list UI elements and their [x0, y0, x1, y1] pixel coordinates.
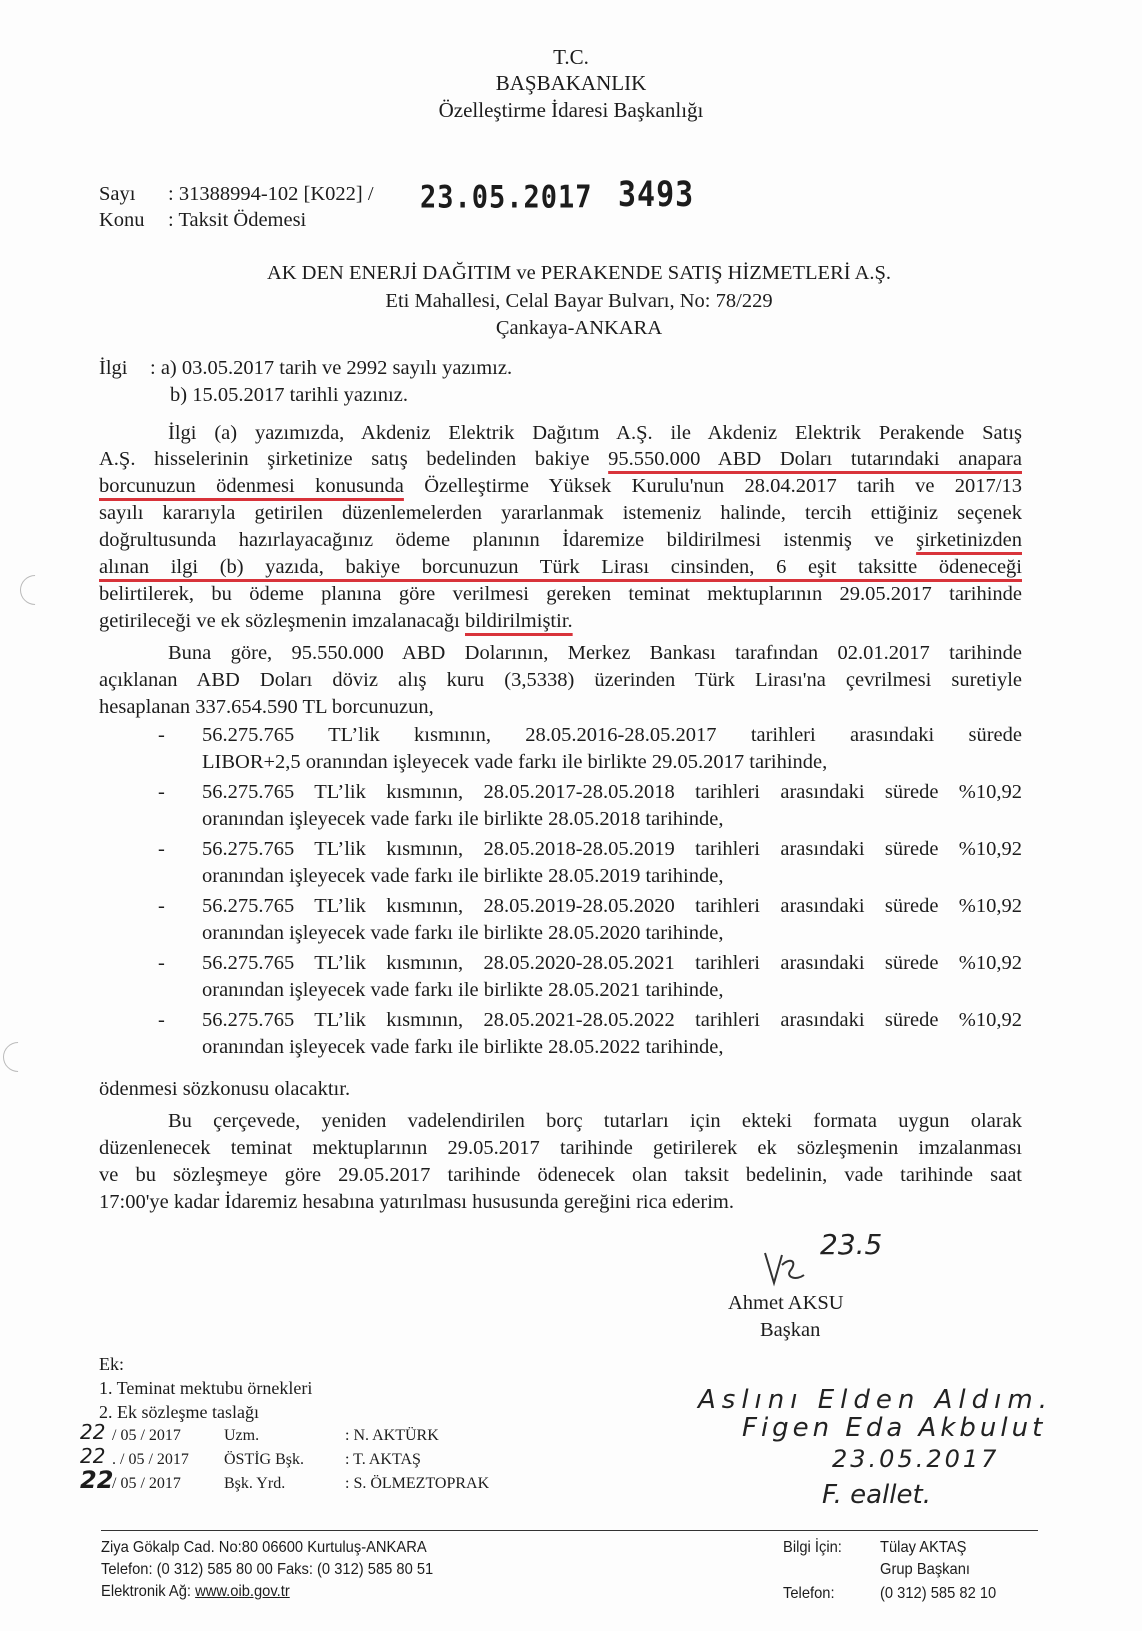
approval-name: : T. AKTAŞ: [345, 1449, 421, 1471]
recipient-name: AK DEN ENERJİ DAĞITIM ve PERAKENDE SATIŞ…: [8, 260, 1142, 287]
approval-day-handwritten: 22: [80, 1469, 113, 1491]
p1-line: A.Ş. hisselerinin şirketinize satış bede…: [99, 446, 1022, 473]
header-agency: Özelleştirme İdaresi Başkanlığı: [0, 97, 1142, 124]
p2-line: açıklanan ABD Doları döviz alış kuru (3,…: [99, 667, 1022, 694]
signature-date: 23.5: [820, 1228, 882, 1261]
date-stamp: 23.05.2017: [420, 180, 593, 216]
website-link[interactable]: www.oib.gov.tr: [195, 1583, 290, 1600]
footer-divider: [101, 1530, 1038, 1531]
approval-role: Uzm.: [224, 1425, 259, 1447]
header-tc: T.C.: [0, 44, 1142, 71]
installment-line: 56.275.765 TL’lik kısmının, 28.05.2019-2…: [202, 893, 1022, 920]
bullet-dash: -: [158, 950, 165, 977]
attachment-item: 1. Teminat mektubu örnekleri: [99, 1376, 312, 1400]
handwritten-note-line: F. eallet.: [822, 1480, 931, 1510]
punch-hole-mark: [14, 569, 56, 611]
p4-line: Bu çerçevede, yeniden vadelendirilen bor…: [168, 1108, 1022, 1135]
info-title: Grup Başkanı: [880, 1559, 970, 1581]
sayi-value: : 31388994-102 [K022] /: [168, 181, 374, 208]
sayi-label: Sayı: [99, 181, 135, 208]
info-phone: (0 312) 585 82 10: [880, 1583, 996, 1605]
footer-phone-fax: Telefon: (0 312) 585 80 00 Faks: (0 312)…: [101, 1559, 433, 1581]
p1-line: borcunuzun ödenmesi konusunda Özelleştir…: [99, 473, 1022, 500]
ilgi-a: : a) 03.05.2017 tarih ve 2992 sayılı yaz…: [150, 355, 512, 382]
attachments: Ek: 1. Teminat mektubu örnekleri 2. Ek s…: [99, 1352, 312, 1424]
info-name: Tülay AKTAŞ: [880, 1537, 966, 1559]
approval-name: : N. AKTÜRK: [345, 1425, 439, 1447]
handwritten-note-line: Figen Eda Akbulut: [742, 1413, 1046, 1443]
bullet-dash: -: [158, 1007, 165, 1034]
punch-hole-mark: [0, 1036, 39, 1078]
attachment-item: 2. Ek sözleşme taslağı: [99, 1400, 312, 1424]
approval-role: ÖSTİG Bşk.: [224, 1449, 304, 1471]
attachments-label: Ek:: [99, 1352, 312, 1376]
approval-role: Bşk. Yrd.: [224, 1473, 285, 1495]
signatory-name: Ahmet AKSU: [728, 1290, 844, 1317]
konu-label: Konu: [99, 207, 145, 234]
info-phone-label: Telefon:: [783, 1583, 835, 1605]
footer-address-block: Ziya Gökalp Cad. No:80 06600 Kurtuluş-AN…: [101, 1537, 433, 1603]
bullet-dash: -: [158, 779, 165, 806]
handwritten-note-line: 23.05.2017: [832, 1445, 999, 1473]
p1-line: alınan ilgi (b) yazıda, bakiye borcunuzu…: [99, 554, 1022, 581]
installment-line: oranından işleyecek vade farkı ile birli…: [202, 1034, 723, 1061]
number-stamp: 3493: [618, 175, 694, 215]
approval-day-handwritten: 22: [80, 1421, 105, 1443]
bullet-dash: -: [158, 722, 165, 749]
footer-address: Ziya Gökalp Cad. No:80 06600 Kurtuluş-AN…: [101, 1537, 433, 1559]
p3: ödenmesi sözkonusu olacaktır.: [99, 1076, 350, 1103]
installment-line: 56.275.765 TL’lik kısmının, 28.05.2017-2…: [202, 779, 1022, 806]
recipient-address: Eti Mahallesi, Celal Bayar Bulvarı, No: …: [8, 288, 1142, 315]
p1-line: belirtilerek, bu ödeme planına göre veri…: [99, 581, 1022, 608]
signatory-title: Başkan: [760, 1317, 820, 1344]
approval-date: / 05 / 2017: [112, 1473, 181, 1495]
p2-line: Buna göre, 95.550.000 ABD Dolarının, Mer…: [168, 640, 1022, 667]
installment-line: oranından işleyecek vade farkı ile birli…: [202, 806, 723, 833]
installment-line: 56.275.765 TL’lik kısmının, 28.05.2018-2…: [202, 836, 1022, 863]
p4-line: düzenlenecek teminat mektuplarının 29.05…: [99, 1135, 1022, 1162]
p4-line: 17:00'ye kadar İdaremiz hesabına yatırıl…: [99, 1189, 734, 1216]
p2-line: hesaplanan 337.654.590 TL borcunuzun,: [99, 694, 434, 721]
konu-value: : Taksit Ödemesi: [168, 207, 306, 234]
installment-line: 56.275.765 TL’lik kısmının, 28.05.2021-2…: [202, 1007, 1022, 1034]
approval-date: / 05 / 2017: [112, 1425, 181, 1447]
installment-line: 56.275.765 TL’lik kısmının, 28.05.2016-2…: [202, 722, 1022, 749]
ilgi-label: İlgi: [99, 355, 127, 382]
bullet-dash: -: [158, 893, 165, 920]
bullet-dash: -: [158, 836, 165, 863]
approval-name: : S. ÖLMEZTOPRAK: [345, 1473, 489, 1495]
recipient-city: Çankaya-ANKARA: [8, 315, 1142, 342]
info-label: Bilgi İçin:: [783, 1537, 842, 1559]
p1-line: getirileceği ve ek sözleşmenin imzalanac…: [99, 608, 573, 635]
installment-line: 56.275.765 TL’lik kısmının, 28.05.2020-2…: [202, 950, 1022, 977]
p1-line: sayılı kararıyla getirilen düzenlemelerd…: [99, 500, 1022, 527]
approval-date: . / 05 / 2017: [112, 1449, 189, 1471]
p1-line: doğrultusunda hazırlayacağınız ödeme pla…: [99, 527, 1022, 554]
approval-day-handwritten: 22: [80, 1445, 105, 1467]
p4-line: ve bu sözleşmeye göre 29.05.2017 tarihin…: [99, 1162, 1022, 1189]
installment-line: LIBOR+2,5 oranından işleyecek vade farkı…: [202, 749, 827, 776]
handwritten-note-line: Aslını Elden Aldım.: [698, 1385, 1053, 1415]
installment-line: oranından işleyecek vade farkı ile birli…: [202, 863, 723, 890]
ilgi-b: b) 15.05.2017 tarihli yazınız.: [170, 382, 408, 409]
installment-line: oranından işleyecek vade farkı ile birli…: [202, 977, 723, 1004]
header-ministry: BAŞBAKANLIK: [0, 70, 1142, 97]
installment-line: oranından işleyecek vade farkı ile birli…: [202, 920, 723, 947]
p1-line: İlgi (a) yazımızda, Akdeniz Elektrik Dağ…: [168, 420, 1022, 447]
